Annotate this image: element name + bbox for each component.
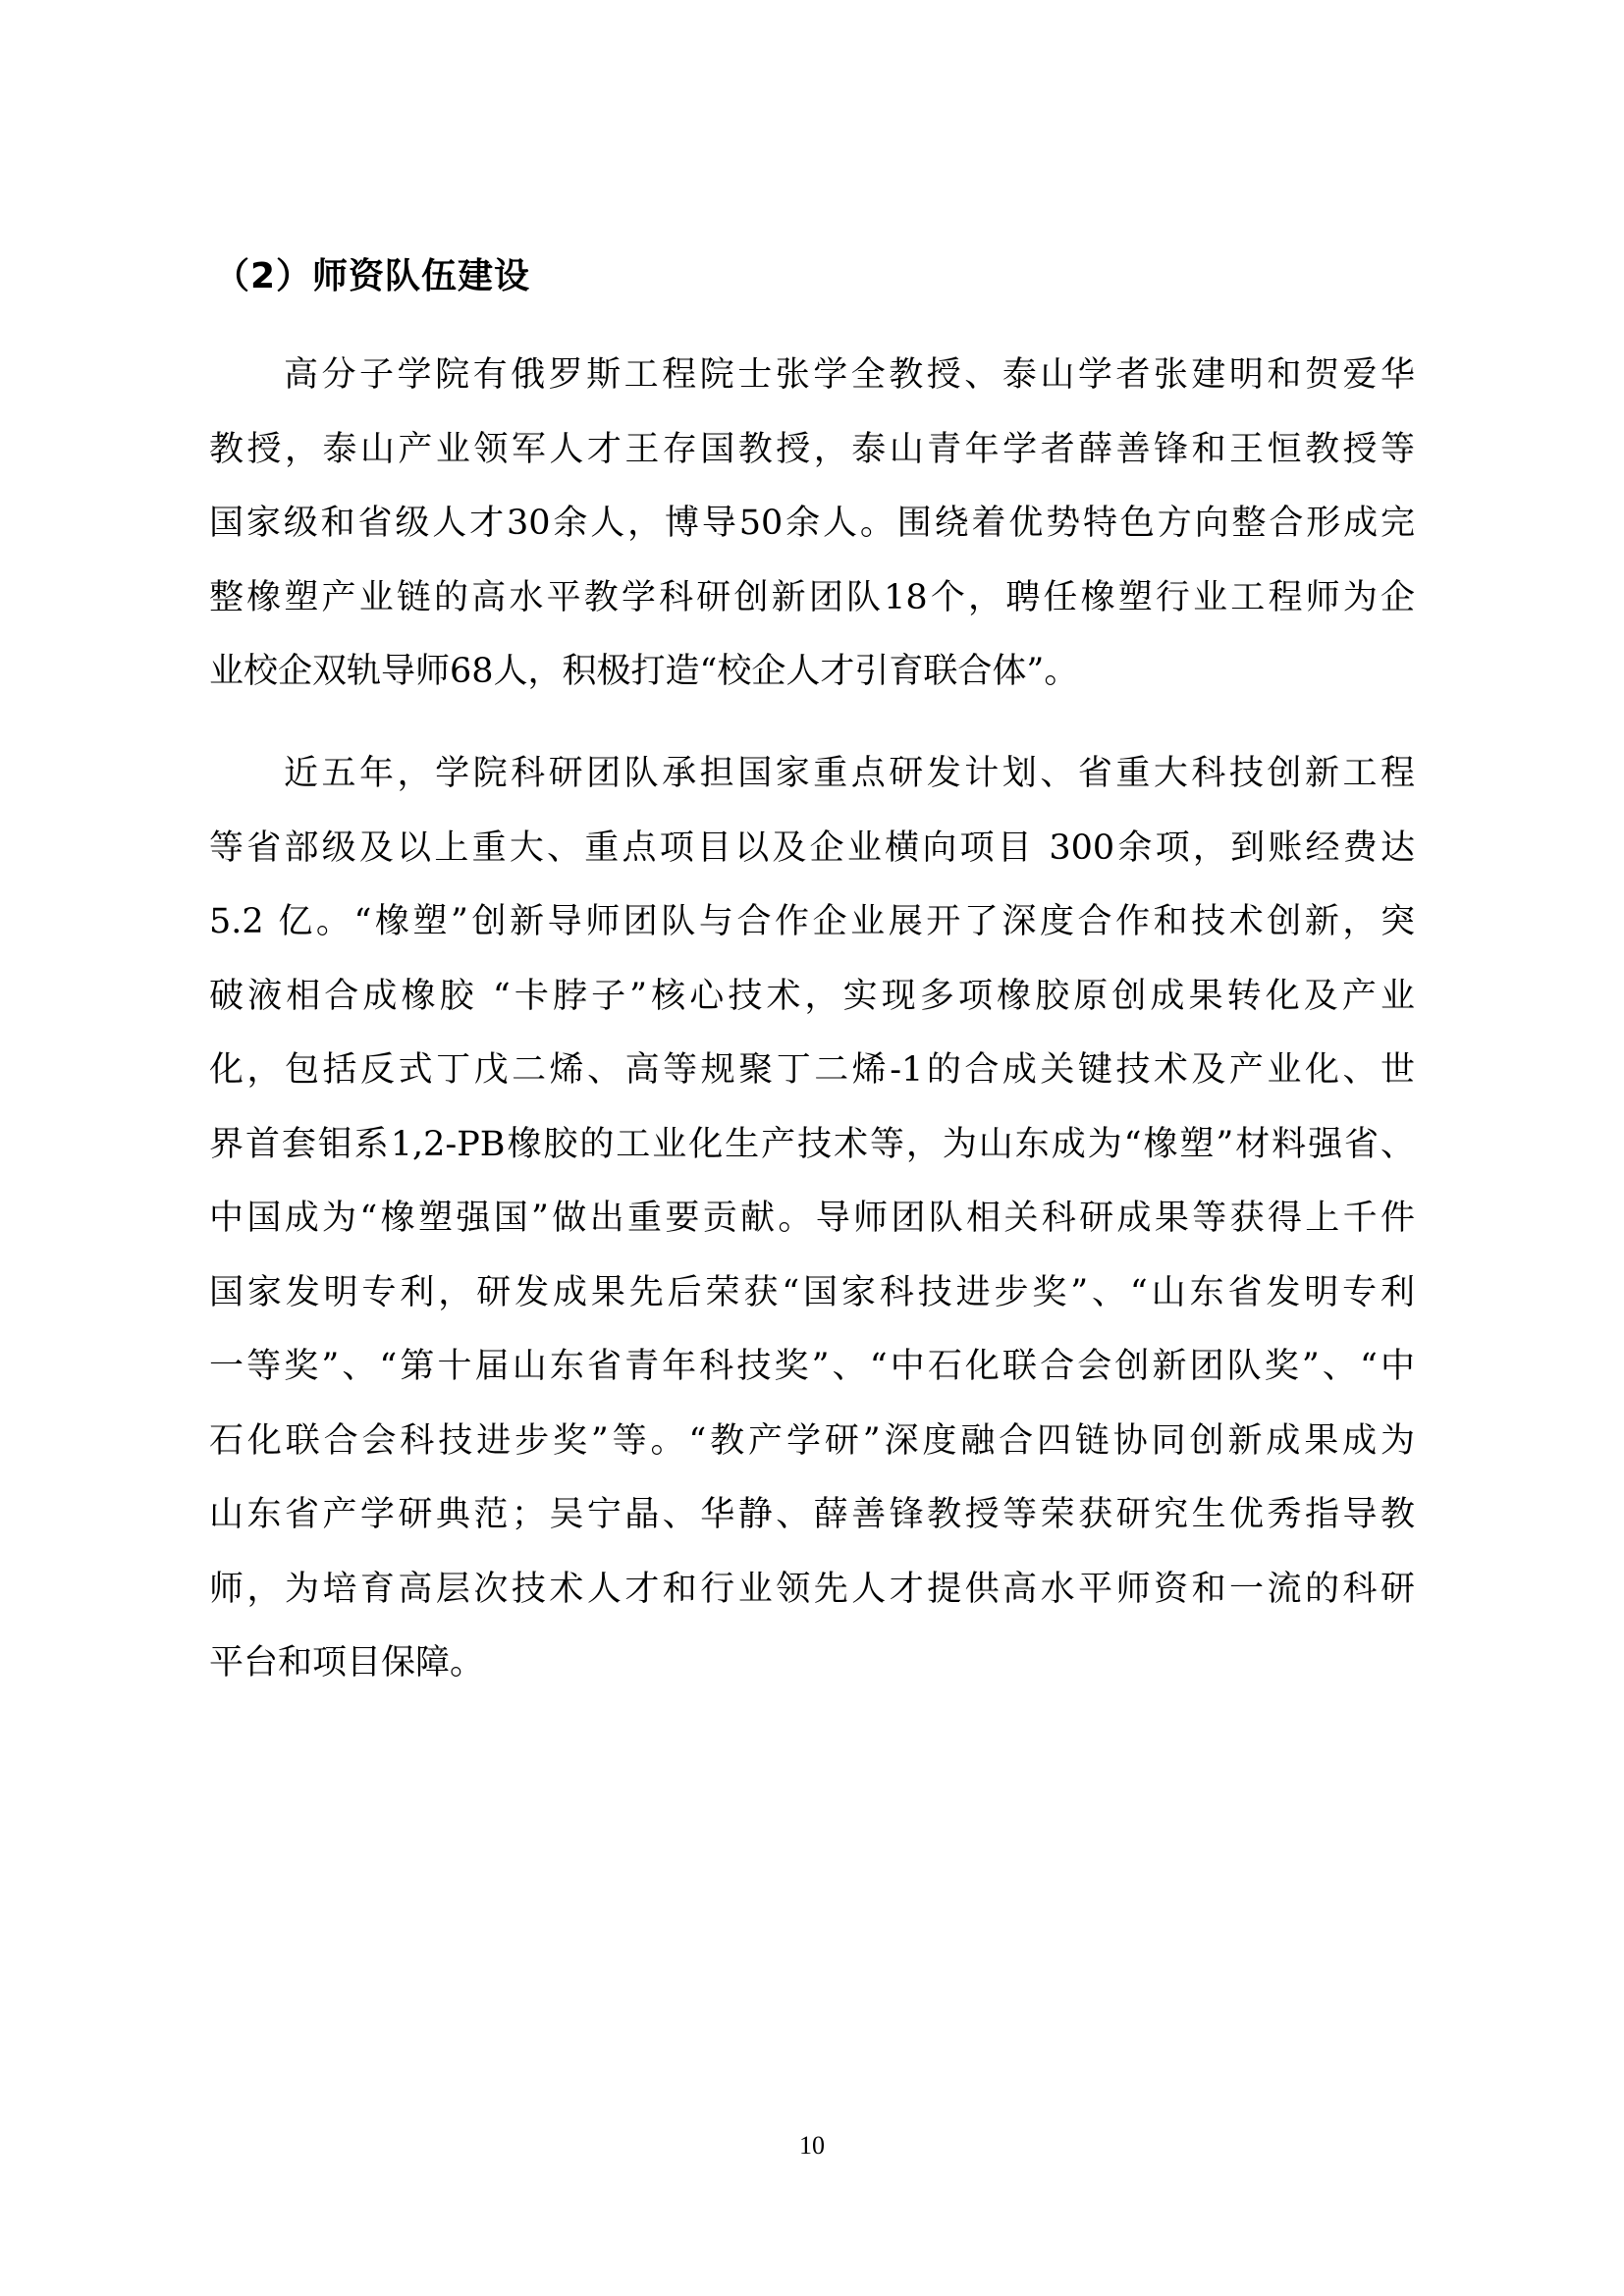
- paragraph-line: 石化联合会科技进步奖”等。“教产学研”深度融合四链协同创新成果成为: [209, 1415, 1415, 1490]
- paragraph-line: 平台和项目保障。: [209, 1637, 1415, 1712]
- paragraph-line: 国家级和省级人才30余人，博导50余人。围绕着优势特色方向整合形成完: [209, 498, 1415, 572]
- paragraph-faculty-overview: 高分子学院有俄罗斯工程院士张学全教授、泰山学者张建明和贺爱华 教授，泰山产业领军…: [209, 349, 1415, 721]
- paragraph-line: 师，为培育高层次技术人才和行业领先人才提供高水平师资和一流的科研: [209, 1564, 1415, 1638]
- paragraph-line: 界首套钼系1,2-PB橡胶的工业化生产技术等，为山东成为“橡塑”材料强省、: [209, 1119, 1415, 1194]
- paragraph-line: 整橡塑产业链的高水平教学科研创新团队18个，聘任橡塑行业工程师为企: [209, 572, 1415, 647]
- document-page: （2）师资队伍建设 高分子学院有俄罗斯工程院士张学全教授、泰山学者张建明和贺爱华…: [0, 0, 1624, 2296]
- paragraph-line: 教授，泰山产业领军人才王存国教授，泰山青年学者薛善锋和王恒教授等: [209, 424, 1415, 499]
- paragraph-line: 国家发明专利，研发成果先后荣获“国家科技进步奖”、“山东省发明专利: [209, 1267, 1415, 1342]
- paragraph-line: 5.2 亿。“橡塑”创新导师团队与合作企业展开了深度合作和技术创新，突: [209, 896, 1415, 971]
- paragraph-line: 等省部级及以上重大、重点项目以及企业横向项目 300余项，到账经费达: [209, 823, 1415, 897]
- section-heading: （2）师资队伍建设: [214, 253, 530, 300]
- paragraph-line: 一等奖”、“第十届山东省青年科技奖”、“中石化联合会创新团队奖”、“中: [209, 1341, 1415, 1415]
- paragraph-line: 中国成为“橡塑强国”做出重要贡献。导师团队相关科研成果等获得上千件: [209, 1193, 1415, 1267]
- paragraph-line: 近五年，学院科研团队承担国家重点研发计划、省重大科技创新工程: [209, 748, 1415, 823]
- paragraph-line: 山东省产学研典范；吴宁晶、华静、薛善锋教授等荣获研究生优秀指导教: [209, 1489, 1415, 1564]
- paragraph-line: 化，包括反式丁戊二烯、高等规聚丁二烯-1的合成关键技术及产业化、世: [209, 1044, 1415, 1119]
- paragraph-line: 高分子学院有俄罗斯工程院士张学全教授、泰山学者张建明和贺爱华: [209, 349, 1415, 424]
- paragraph-research-achievements: 近五年，学院科研团队承担国家重点研发计划、省重大科技创新工程 等省部级及以上重大…: [209, 748, 1415, 1712]
- page-number: 10: [0, 2130, 1624, 2162]
- paragraph-line: 破液相合成橡胶 “卡脖子”核心技术，实现多项橡胶原创成果转化及产业: [209, 971, 1415, 1045]
- paragraph-line: 业校企双轨导师68人，积极打造“校企人才引育联合体”。: [209, 646, 1415, 721]
